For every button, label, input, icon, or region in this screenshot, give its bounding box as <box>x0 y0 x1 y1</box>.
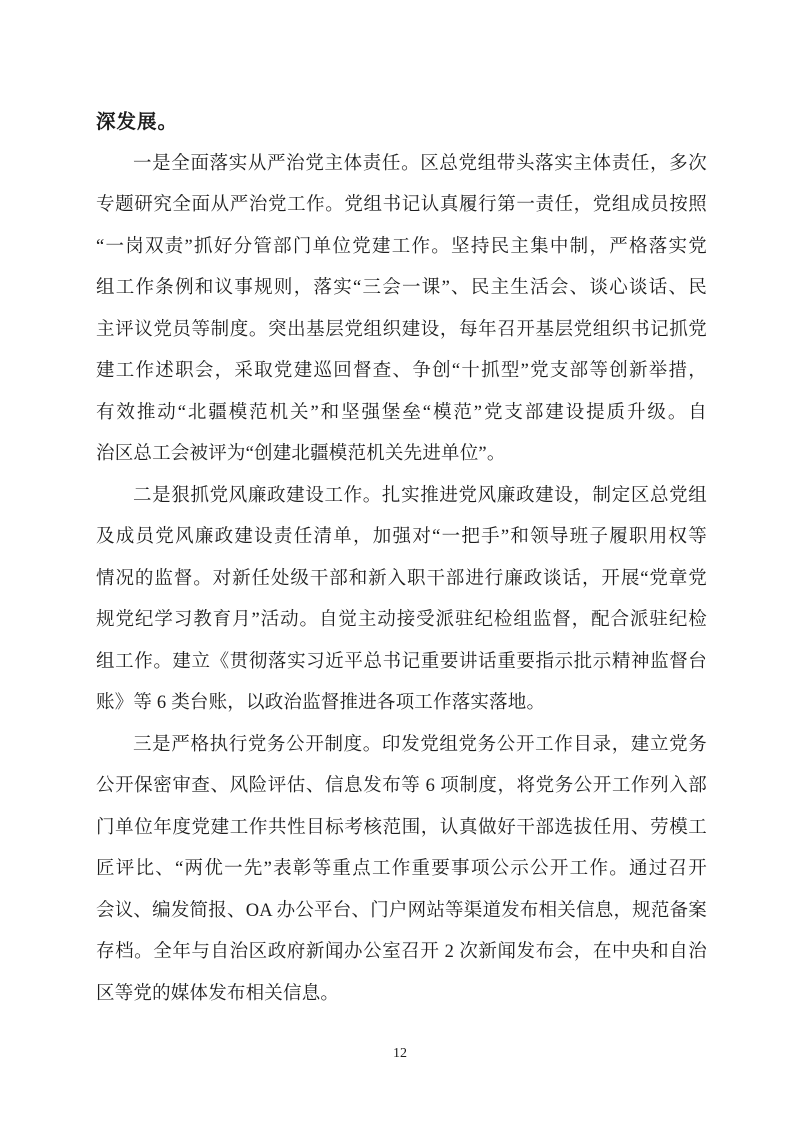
document-page: 深发展。 一是全面落实从严治党主体责任。区总党组带头落实主体责任，多次 专题研究… <box>0 0 800 1131</box>
text-line: 规党纪学习教育月”活动。自觉主动接受派驻纪检组监督，配合派驻纪检 <box>96 600 707 642</box>
paragraph-continuation: 深发展。 <box>96 102 707 144</box>
text-line: 账》等 6 类台账，以政治监督推进各项工作落实落地。 <box>96 683 707 725</box>
text-line: “一岗双责”抓好分管部门单位党建工作。坚持民主集中制，严格落实党 <box>96 227 707 269</box>
text-line: 深发展。 <box>96 102 707 144</box>
text-line: 一是全面落实从严治党主体责任。区总党组带头落实主体责任，多次 <box>96 144 707 186</box>
document-body: 深发展。 一是全面落实从严治党主体责任。区总党组带头落实主体责任，多次 专题研究… <box>96 102 707 1015</box>
text-line: 建工作述职会，采取党建巡回督查、争创“十抓型”党支部等创新举措， <box>96 351 707 393</box>
text-line: 三是严格执行党务公开制度。印发党组党务公开工作目录，建立党务 <box>96 725 707 767</box>
paragraph-3: 三是严格执行党务公开制度。印发党组党务公开工作目录，建立党务 公开保密审查、风险… <box>96 725 707 1016</box>
text-line: 存档。全年与自治区政府新闻办公室召开 2 次新闻发布会，在中央和自治 <box>96 932 707 974</box>
text-line: 及成员党风廉政建设责任清单，加强对“一把手”和领导班子履职用权等 <box>96 517 707 559</box>
page-number: 12 <box>0 1046 800 1062</box>
paragraph-2: 二是狠抓党风廉政建设工作。扎实推进党风廉政建设，制定区总党组 及成员党风廉政建设… <box>96 476 707 725</box>
text-line: 组工作。建立《贯彻落实习近平总书记重要讲话重要指示批示精神监督台 <box>96 642 707 684</box>
text-line: 二是狠抓党风廉政建设工作。扎实推进党风廉政建设，制定区总党组 <box>96 476 707 518</box>
text-line: 情况的监督。对新任处级干部和新入职干部进行廉政谈话，开展“党章党 <box>96 559 707 601</box>
text-line: 公开保密审查、风险评估、信息发布等 6 项制度，将党务公开工作列入部 <box>96 766 707 808</box>
text-line: 专题研究全面从严治党工作。党组书记认真履行第一责任，党组成员按照 <box>96 185 707 227</box>
text-line: 组工作条例和议事规则，落实“三会一课”、民主生活会、谈心谈话、民 <box>96 268 707 310</box>
text-line: 治区总工会被评为“创建北疆模范机关先进单位”。 <box>96 434 707 476</box>
text-line: 会议、编发简报、OA 办公平台、门户网站等渠道发布相关信息，规范备案 <box>96 891 707 933</box>
text-line: 区等党的媒体发布相关信息。 <box>96 974 707 1016</box>
text-line: 匠评比、“两优一先”表彰等重点工作重要事项公示公开工作。通过召开 <box>96 849 707 891</box>
paragraph-1: 一是全面落实从严治党主体责任。区总党组带头落实主体责任，多次 专题研究全面从严治… <box>96 144 707 476</box>
text-line: 主评议党员等制度。突出基层党组织建设，每年召开基层党组织书记抓党 <box>96 310 707 352</box>
text-line: 门单位年度党建工作共性目标考核范围，认真做好干部选拔任用、劳模工 <box>96 808 707 850</box>
text-line: 有效推动“北疆模范机关”和坚强堡垒“模范”党支部建设提质升级。自 <box>96 393 707 435</box>
